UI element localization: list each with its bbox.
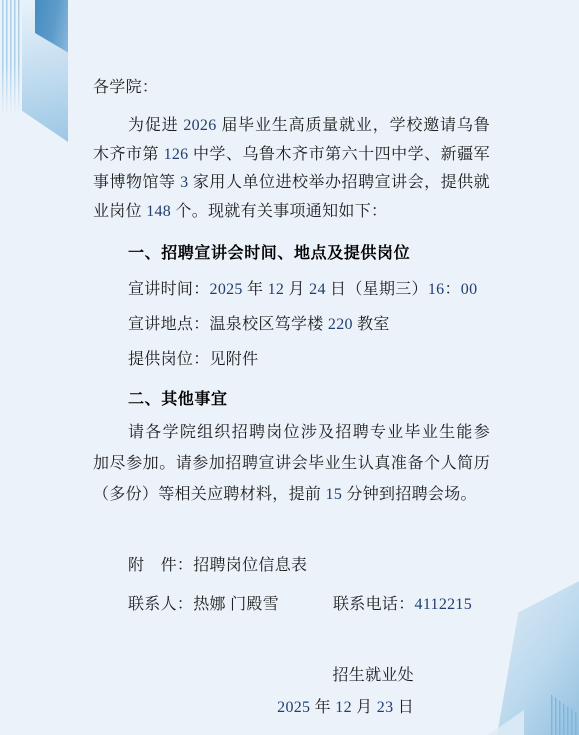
number-text: 12 <box>268 281 285 298</box>
number-text: 148 <box>146 203 171 220</box>
paragraph-line: 为促进 2026 届毕业生高质量就业，学校邀请乌鲁 <box>93 112 490 141</box>
chinese-text: 宣讲地点：温泉校区笃学楼 <box>128 316 328 333</box>
notice-page: 各学院： 为促进 2026 届毕业生高质量就业，学校邀请乌鲁 木齐市第 126 … <box>0 0 579 735</box>
session-location-line: 宣讲地点：温泉校区笃学楼 220 教室 <box>93 314 490 336</box>
contact-person: 联系人：热娜 门殿雪 <box>128 596 279 613</box>
chinese-text: 年 <box>243 281 268 298</box>
chinese-text: 年 <box>310 699 335 716</box>
session-time-line: 宣讲时间：2025 年 12 月 24 日（星期三）16：00 <box>93 279 490 301</box>
number-text: 24 <box>309 281 326 298</box>
chinese-text: 为促进 <box>128 117 183 134</box>
chinese-text: ： <box>444 281 460 298</box>
contact-line: 联系人：热娜 门殿雪 联系电话：4112215 <box>93 594 490 616</box>
paragraph-line: 业岗位 148 个。现就有关事项通知如下： <box>93 198 490 227</box>
chinese-text: 教室 <box>353 316 390 333</box>
signature-department: 招生就业处 <box>93 665 490 687</box>
number-text: 126 <box>164 146 189 163</box>
notice-body: 各学院： 为促进 2026 届毕业生高质量就业，学校邀请乌鲁 木齐市第 126 … <box>93 0 490 735</box>
chinese-text: 月 <box>284 281 309 298</box>
chinese-text: 届毕业生高质量就业，学校邀请乌鲁 <box>217 117 491 134</box>
number-text: 23 <box>377 699 394 716</box>
paragraph-line: 木齐市第 126 中学、乌鲁木齐市第六十四中学、新疆军 <box>93 141 490 170</box>
signature-date: 2025 年 12 月 23 日 <box>93 697 490 719</box>
chinese-text: 日（星期三） <box>326 281 428 298</box>
session-jobs-line: 提供岗位：见附件 <box>93 349 490 371</box>
section-1-heading: 一、招聘宣讲会时间、地点及提供岗位 <box>93 243 490 265</box>
chinese-text: 业岗位 <box>93 203 146 220</box>
number-text: 16 <box>428 281 445 298</box>
contact-phone: 联系电话：4112215 <box>333 594 472 616</box>
chinese-text: 事博物馆等 <box>93 174 180 191</box>
number-text: 12 <box>335 699 352 716</box>
number-text: 2025 <box>210 281 243 298</box>
number-text: 15 <box>326 486 343 503</box>
chinese-text: 分钟到招聘会场。 <box>342 486 477 503</box>
chinese-text: （多份）等相关应聘材料，提前 <box>93 486 326 503</box>
chinese-text: 加尽参加。请参加招聘宣讲会毕业生认真准备个人简历 <box>93 455 490 472</box>
paragraph-line: 加尽参加。请参加招聘宣讲会毕业生认真准备个人简历 <box>93 448 490 479</box>
contact-phone-label: 联系电话： <box>333 596 415 613</box>
contact-phone-number: 4112215 <box>415 596 473 613</box>
chinese-text: 日 <box>393 699 414 716</box>
chinese-text: 木齐市第 <box>93 146 164 163</box>
chinese-text: 家用人单位进校举办招聘宣讲会，提供就 <box>188 174 490 191</box>
intro-paragraph: 为促进 2026 届毕业生高质量就业，学校邀请乌鲁 木齐市第 126 中学、乌鲁… <box>93 112 490 226</box>
chinese-text: 月 <box>352 699 377 716</box>
number-text: 2026 <box>183 117 216 134</box>
paragraph-line: 请各学院组织招聘岗位涉及招聘专业毕业生能参 <box>93 417 490 448</box>
chinese-text: 中学、乌鲁木齐市第六十四中学、新疆军 <box>188 146 490 163</box>
number-text: 220 <box>328 316 353 333</box>
number-text: 00 <box>461 281 478 298</box>
chinese-text: 请各学院组织招聘岗位涉及招聘专业毕业生能参 <box>128 424 490 441</box>
section-2-heading: 二、其他事宜 <box>93 389 490 411</box>
chinese-text: 宣讲时间： <box>128 281 210 298</box>
salutation: 各学院： <box>93 77 490 99</box>
stripe-lines-ornament <box>2 0 24 118</box>
number-text: 2025 <box>277 699 310 716</box>
paragraph-line: 事博物馆等 3 家用人单位进校举办招聘宣讲会，提供就 <box>93 169 490 198</box>
other-matters-paragraph: 请各学院组织招聘岗位涉及招聘专业毕业生能参 加尽参加。请参加招聘宣讲会毕业生认真… <box>93 417 490 510</box>
attachment-line: 附 件：招聘岗位信息表 <box>93 555 490 577</box>
chinese-text: 个。现就有关事项通知如下： <box>171 203 387 220</box>
paragraph-line: （多份）等相关应聘材料，提前 15 分钟到招聘会场。 <box>93 479 490 510</box>
